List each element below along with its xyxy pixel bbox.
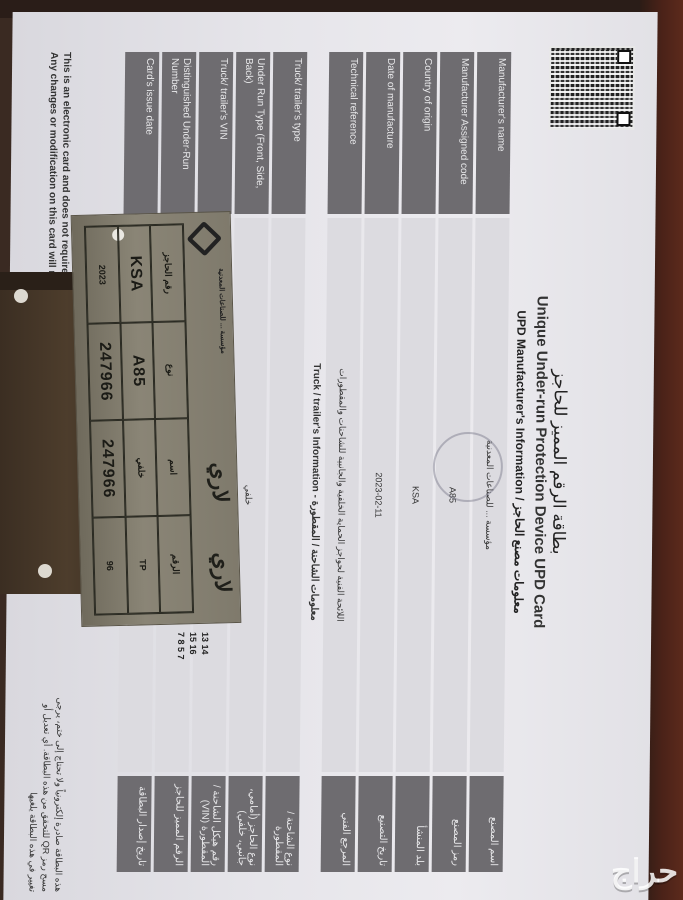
label-en: Manufacturer's name [476, 52, 512, 214]
label-ar: رقم هيكل الشاحنة / المقطورة (VIN) [191, 776, 226, 872]
label-ar: بلد المنشأ [395, 776, 430, 872]
label-ar: نوع الشاحنة / المقطورة [265, 776, 300, 872]
card-title-en: Unique Under-run Protection Device UPD C… [530, 292, 551, 632]
label-ar: المرجع الفني [321, 776, 356, 872]
label-ar: تاريخ التصنيع [358, 776, 393, 872]
serial-digits-row-2: 7 8 5 7 [175, 632, 187, 662]
row-technical-reference: Technical reference اللائحة الفنية لحواج… [321, 52, 364, 872]
plate-cell: TP [125, 516, 160, 614]
plate-cell: اسم [155, 418, 190, 516]
label-en: Card's issue date [124, 52, 160, 214]
plate-number: 247966 [90, 420, 125, 518]
serial-digits: 13 14 15 16 7 8 5 7 [175, 632, 211, 662]
value: 2023-02-11 [359, 218, 399, 772]
row-country-of-origin: Country of origin KSA بلد المنشأ [395, 52, 438, 872]
label-en: Technical reference [328, 52, 364, 214]
plate-company-text: مؤسسة ... للصناعات المعدنية [216, 268, 230, 468]
footer-note-ar: هذه البطاقة صادرة إلكترونياً ولا تحتاج إ… [25, 692, 66, 892]
label-en: Distinguished Under-Run Number [161, 52, 197, 214]
plate-cell: 96 [93, 517, 128, 615]
row-date-of-manufacture: Date of manufacture 2023-02-11 تاريخ الت… [358, 52, 401, 872]
plate-content: مؤسسة ... للصناعات المعدنية رقم الحاجز ن… [72, 212, 243, 628]
label-ar: الرقم المميز للحاجز [154, 776, 189, 872]
manufacturer-section-title: UPD Manufacturer's Information / معلومات… [511, 282, 529, 642]
plate-brand-logo: لاري [206, 462, 233, 503]
plate-year: 2023 [85, 226, 120, 324]
plate-code: A85 [120, 322, 155, 420]
row-truck-type: Truck/ trailer's type نوع الشاحنة / المق… [265, 52, 308, 872]
label-en: Under Run Type (Front, Side, Back) [235, 52, 271, 214]
metal-id-plate: مؤسسة ... للصناعات المعدنية رقم الحاجز ن… [71, 211, 242, 627]
plate-brand-logo: لاري [209, 552, 236, 593]
plate-type: خلفي [123, 419, 158, 517]
serial-digits-row-1: 13 14 15 16 [187, 632, 211, 662]
label-en: Date of manufacture [365, 52, 401, 214]
value: KSA [396, 218, 436, 772]
value [266, 218, 306, 772]
plate-cell: الرقم [158, 515, 193, 613]
label-en: Truck/ trailer's type [272, 52, 308, 214]
plate-cell: رقم الحاجز [150, 224, 185, 322]
triangle-logo-icon [186, 221, 222, 257]
haraj-watermark: حراج [448, 852, 678, 896]
label-ar: تاريخ إصدار البطاقة [117, 776, 152, 872]
rivet-icon [14, 289, 28, 303]
label-ar: نوع الحاجز (أمامي، جانبي، خلفي) [228, 776, 263, 872]
label-en: Truck/ trailer's VIN [198, 52, 234, 214]
value: اللائحة الفنية لحواجز الحماية الخلفية وا… [322, 218, 362, 772]
plate-number: 247966 [87, 323, 122, 421]
truck-section-title: Truck / trailer's Information - معلومات … [308, 312, 323, 672]
qr-code-icon [548, 46, 635, 130]
card-title-ar: بطاقة الرقم المميز للحاجز [547, 312, 570, 612]
rivet-icon [38, 564, 52, 578]
plate-info-grid: رقم الحاجز نوع اسم الرقم KSA A85 خلفي TP… [84, 223, 194, 615]
plate-cell: نوع [153, 321, 188, 419]
label-en: Manufacturer Assigned code [439, 52, 475, 214]
plate-country: KSA [118, 225, 153, 323]
label-en: Country of origin [402, 52, 438, 214]
